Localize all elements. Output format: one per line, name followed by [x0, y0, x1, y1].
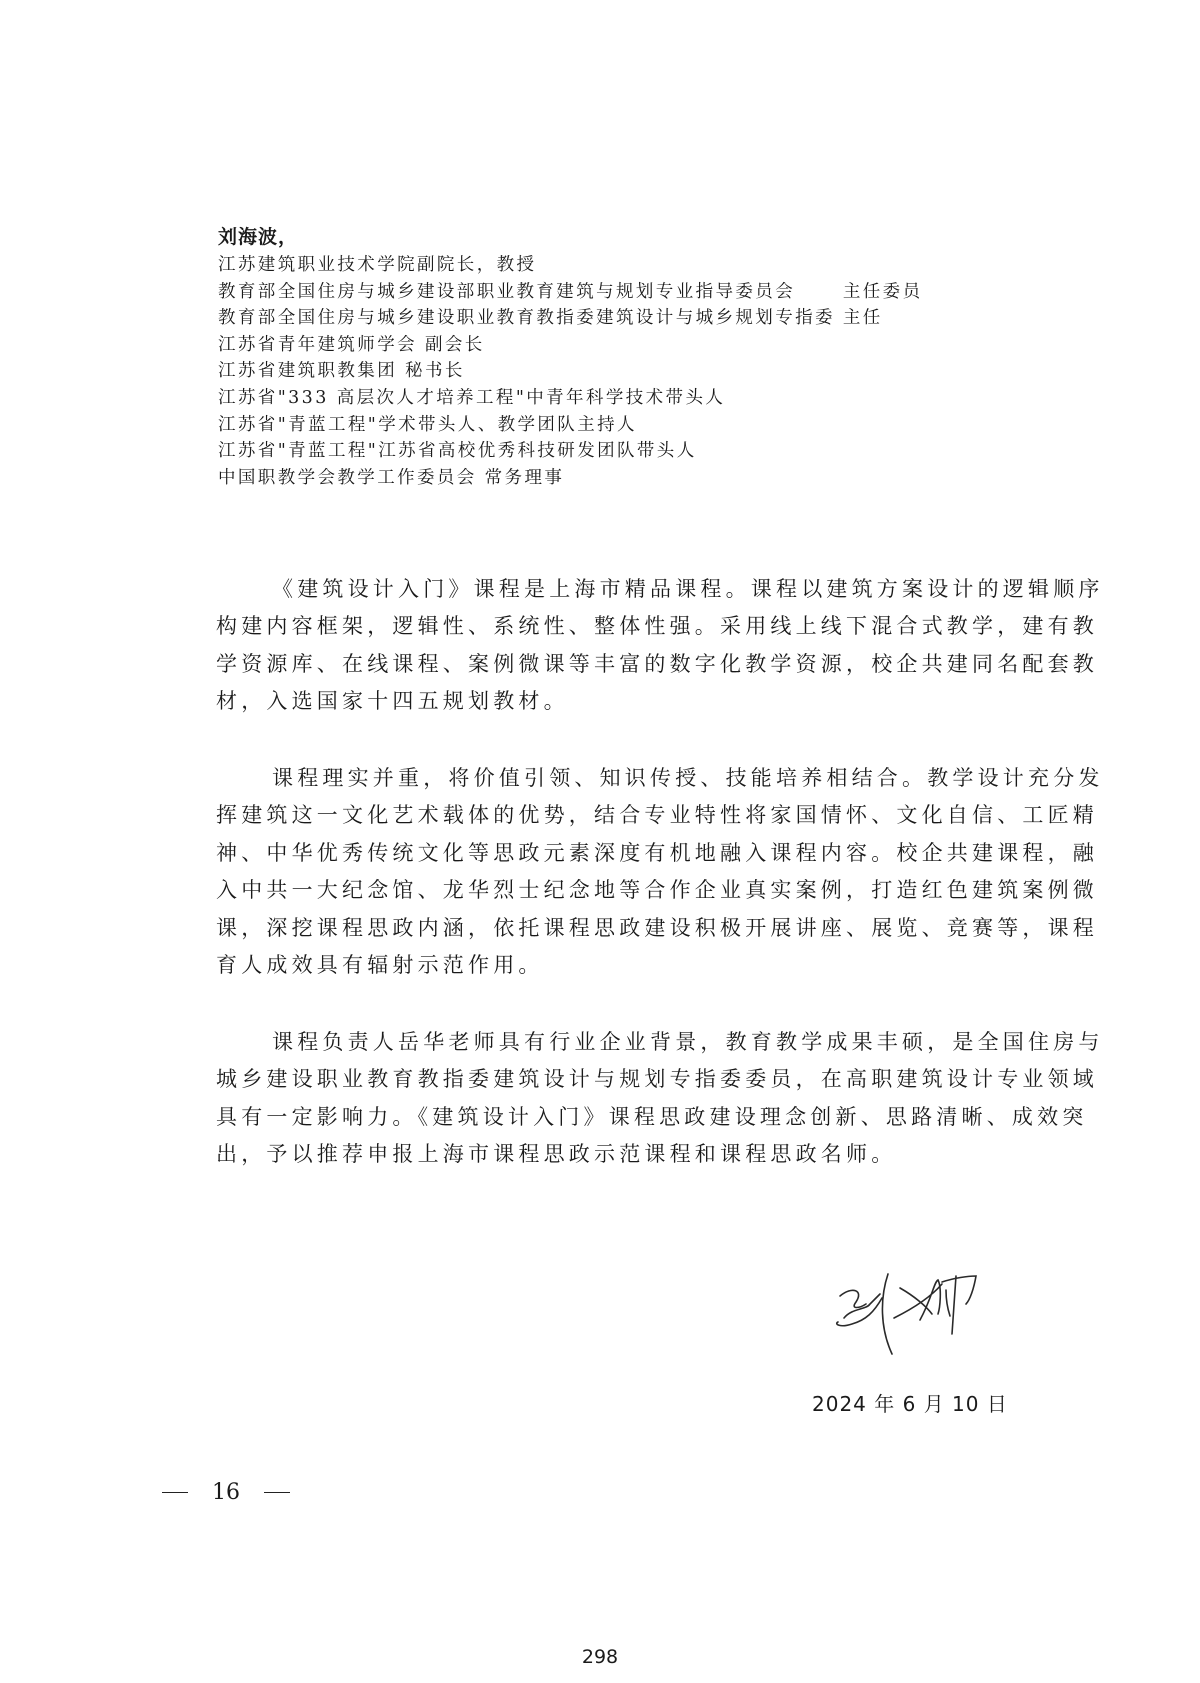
title-item: 江苏省"青蓝工程"学术带头人、教学团队主持人	[218, 412, 922, 439]
title-item: 江苏建筑职业技术学院副院长，教授	[218, 252, 922, 279]
title-item: 江苏省青年建筑师学会 副会长	[218, 332, 922, 359]
paragraph-line: 城乡建设职业教育教指委建筑设计与规划专指委委员，在高职建筑设计专业领域	[216, 1061, 926, 1098]
paragraph-line: 材，入选国家十四五规划教材。	[216, 683, 926, 720]
dash-right	[264, 1492, 290, 1494]
paragraph-line: 入中共一大纪念馆、龙华烈士纪念地等合作企业真实案例，打造红色建筑案例微	[216, 872, 926, 909]
paragraph-line: 神、中华优秀传统文化等思政元素深度有机地融入课程内容。校企共建课程，融	[216, 835, 926, 872]
paragraph-line: 课程负责人岳华老师具有行业企业背景，教育教学成果丰硕，是全国住房与	[216, 1024, 926, 1061]
inner-page-number-value: 16	[212, 1480, 240, 1505]
paragraph-line: 育人成效具有辐射示范作用。	[216, 947, 926, 984]
handwritten-signature-icon	[830, 1268, 1000, 1364]
paragraph-line: 挥建筑这一文化艺术载体的优势，结合专业特性将家国情怀、文化自信、工匠精	[216, 797, 926, 834]
paragraph-line: 课，深挖课程思政内涵，依托课程思政建设积极开展讲座、展览、竞赛等，课程	[216, 910, 926, 947]
outer-page-number: 298	[0, 1646, 1200, 1668]
signature-date: 2024 年 6 月 10 日	[812, 1388, 1008, 1417]
paragraph-line: 构建内容框架，逻辑性、系统性、整体性强。采用线上线下混合式教学，建有教	[216, 608, 926, 645]
paragraph-line: 出，予以推荐申报上海市课程思政示范课程和课程思政名师。	[216, 1136, 926, 1173]
title-item: 教育部全国住房与城乡建设部职业教育建筑与规划专业指导委员会 主任委员	[218, 279, 922, 306]
title-item: 中国职教学会教学工作委员会 常务理事	[218, 465, 922, 492]
title-item: 江苏省建筑职教集团 秘书长	[218, 358, 922, 385]
inner-page-number: 16	[162, 1480, 290, 1505]
paragraph-ideological-education: 课程理实并重，将价值引领、知识传授、技能培养相结合。教学设计充分发 挥建筑这一文…	[216, 760, 926, 984]
title-item: 教育部全国住房与城乡建设职业教育教指委建筑设计与城乡规划专指委 主任	[218, 305, 922, 332]
title-item: 江苏省"青蓝工程"江苏省高校优秀科技研发团队带头人	[218, 438, 922, 465]
recommender-titles-list: 江苏建筑职业技术学院副院长，教授 教育部全国住房与城乡建设部职业教育建筑与规划专…	[218, 252, 922, 491]
paragraph-line: 具有一定影响力。《建筑设计入门》课程思政建设理念创新、思路清晰、成效突	[216, 1099, 926, 1136]
dash-left	[162, 1492, 188, 1494]
paragraph-line: 课程理实并重，将价值引领、知识传授、技能培养相结合。教学设计充分发	[216, 760, 926, 797]
title-item: 江苏省"333 高层次人才培养工程"中青年科学技术带头人	[218, 385, 922, 412]
paragraph-line: 学资源库、在线课程、案例微课等丰富的数字化教学资源，校企共建同名配套教	[216, 646, 926, 683]
paragraph-recommendation: 课程负责人岳华老师具有行业企业背景，教育教学成果丰硕，是全国住房与 城乡建设职业…	[216, 1024, 926, 1174]
recommender-name: 刘海波，	[218, 222, 298, 249]
paragraph-course-overview: 《建筑设计入门》课程是上海市精品课程。课程以建筑方案设计的逻辑顺序 构建内容框架…	[216, 571, 926, 721]
paragraph-line: 《建筑设计入门》课程是上海市精品课程。课程以建筑方案设计的逻辑顺序	[216, 571, 926, 608]
